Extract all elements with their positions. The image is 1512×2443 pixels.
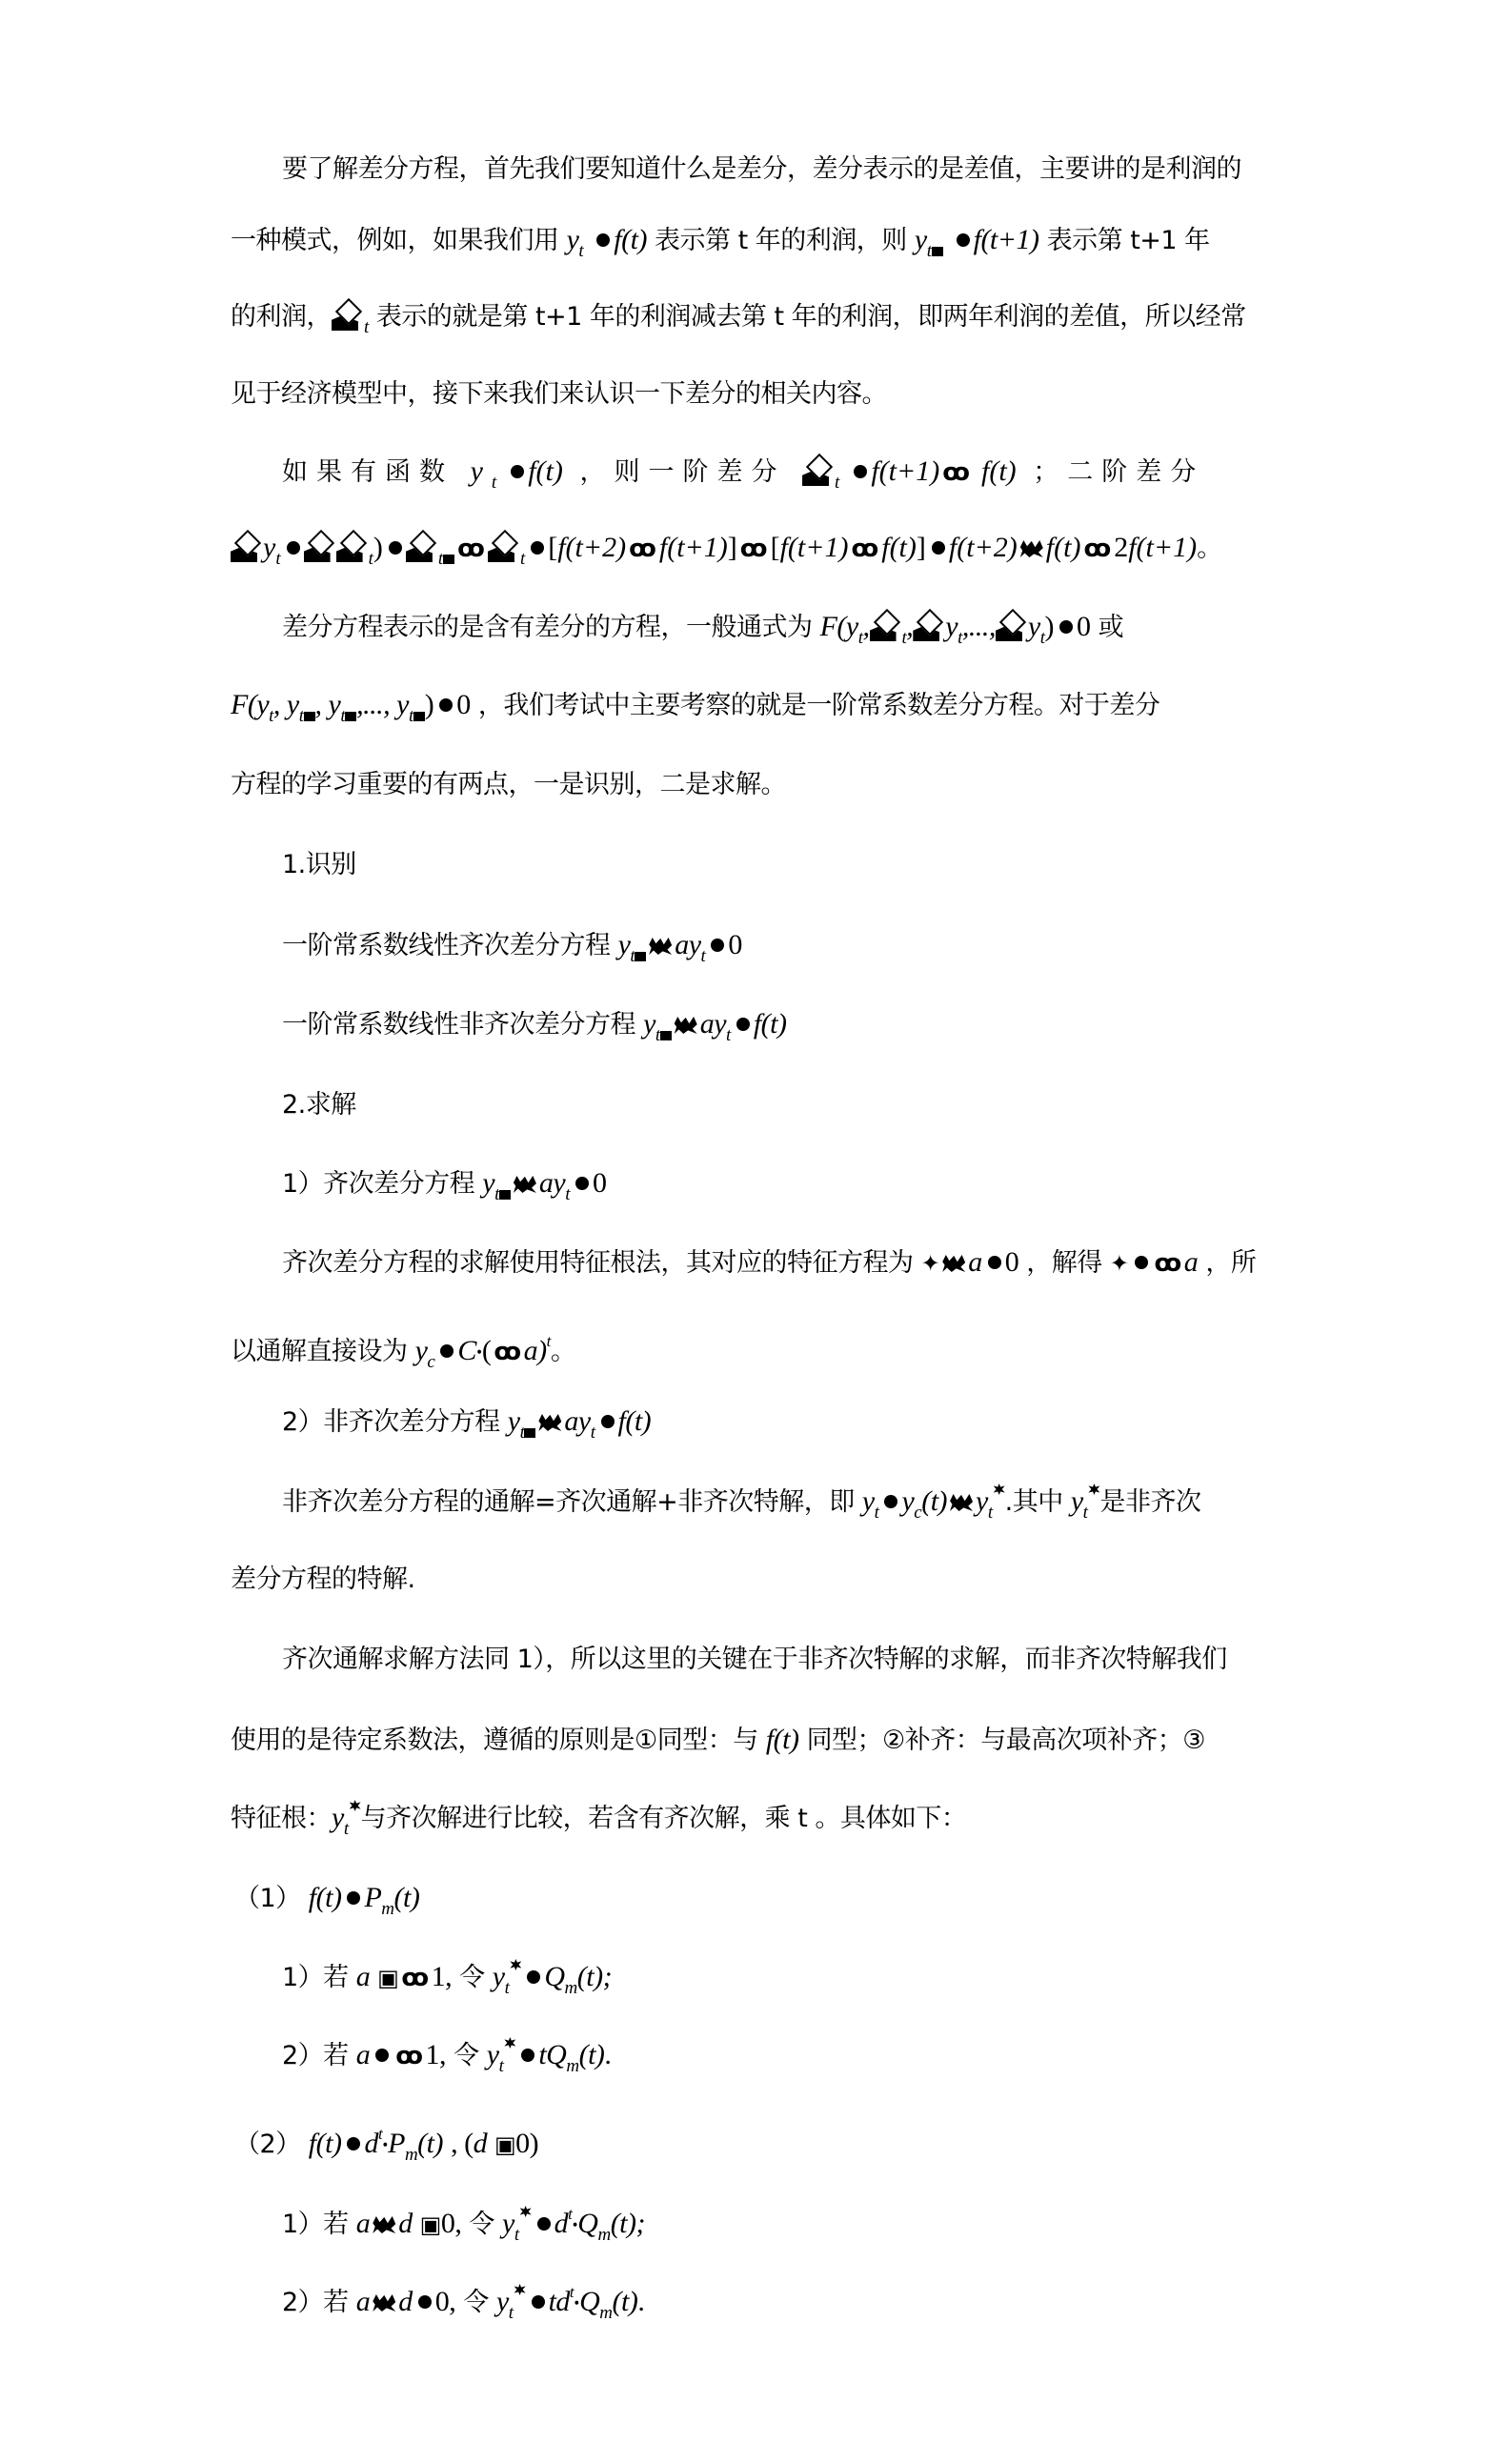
equals-glyph xyxy=(1135,1256,1148,1269)
text: 2）非齐次差分方程 xyxy=(282,1407,500,1437)
math-expr: f(t+1) xyxy=(871,455,939,487)
delta-icon xyxy=(802,457,835,486)
star-glyph xyxy=(350,1800,361,1811)
heading-text: 2.求解 xyxy=(282,1090,356,1120)
plus-glyph xyxy=(373,2294,395,2312)
math-var: y xyxy=(915,224,927,255)
equals-glyph xyxy=(375,2049,389,2062)
case-2-sub-2: 2）若 ad0, 令 yttdt⸱Qm(t). xyxy=(282,2273,1340,2332)
equals-glyph xyxy=(389,541,402,555)
equals-glyph xyxy=(531,541,544,555)
equals-glyph xyxy=(537,2217,551,2231)
star-glyph xyxy=(994,1484,1005,1495)
heading-text: 1.识别 xyxy=(282,850,356,879)
paragraph-3-line-1: 差分方程表示的是含有差分的方程，一般通式为 F(yt,t,yt,...,yt)0… xyxy=(282,608,1340,657)
plus-glyph xyxy=(514,1176,536,1193)
equals-glyph xyxy=(287,541,300,555)
math-sub: t xyxy=(364,317,369,337)
text: 令 xyxy=(454,2041,479,2070)
text: 非齐次差分方程的通解=齐次通解+非齐次特解，即 xyxy=(282,1487,855,1517)
math-expr: 0 xyxy=(593,1167,607,1199)
math-expr: f(t+1) xyxy=(1128,532,1197,563)
math-expr: f(t) xyxy=(766,1724,799,1755)
math-expr: f(t) xyxy=(754,1008,787,1040)
plus-glyph xyxy=(373,2216,395,2233)
text: 齐次通解求解方法同 1），所以这里的关键在于非齐次特解的求解，而非齐次特解我们 xyxy=(282,1645,1227,1674)
text: 的利润， xyxy=(231,302,332,332)
case-1-sub-2: 2）若 aꝏ1, 令 yttQm(t). xyxy=(282,2036,1340,2086)
text: 。 xyxy=(1197,534,1222,563)
text: 与齐次解进行比较，若含有齐次解，乘 t 。具体如下： xyxy=(361,1804,967,1833)
plus-glyph xyxy=(1020,540,1043,557)
text: 1）若 xyxy=(282,1963,349,1992)
equals-glyph xyxy=(884,1495,897,1508)
not-equal-glyph: ▣ xyxy=(370,1965,398,1991)
text: 同型；②补齐：与最高次项补齐；③ xyxy=(807,1726,1205,1755)
math-sub: t xyxy=(492,473,505,493)
star-glyph xyxy=(1088,1484,1099,1495)
equals-glyph xyxy=(596,233,610,247)
equals-glyph xyxy=(440,1344,454,1358)
delta-icon xyxy=(870,613,902,641)
section-2-sub-1-label: 1）齐次差分方程 ytayt0 xyxy=(282,1164,1340,1214)
text: 表示的就是第 t+1 年的利润减去第 t 年的利润，即两年利润的差值，所以经常 xyxy=(376,302,1246,332)
delta-icon xyxy=(304,534,336,562)
text: 差分方程的特解. xyxy=(231,1565,415,1594)
equals-glyph xyxy=(711,939,724,952)
math-expr: f(t) xyxy=(1046,532,1081,563)
text: 差分方程表示的是含有差分的方程，一般通式为 xyxy=(282,613,813,642)
text: 2）若 xyxy=(282,2288,349,2317)
math-expr: f(t+1) xyxy=(974,224,1039,255)
case-label: （2） xyxy=(234,2130,301,2159)
equals-glyph xyxy=(575,1177,589,1190)
equals-glyph xyxy=(347,2137,360,2150)
delta-icon xyxy=(488,534,520,562)
plus-glyph xyxy=(942,1255,965,1272)
math-sub: t xyxy=(835,473,848,493)
text: 。 xyxy=(551,1337,576,1366)
text: 要了解差分方程，首先我们要知道什么是差分，差分表示的是差值，主要讲的是利润的 xyxy=(282,154,1241,184)
minus-glyph: ꝏ xyxy=(457,535,485,563)
text: 见于经济模型中，接下来我们来认识一下差分的相关内容。 xyxy=(231,379,887,409)
math-expr: f(t+1) xyxy=(780,532,849,563)
not-equal-glyph: ▣ xyxy=(487,2131,515,2158)
equals-glyph xyxy=(527,1970,540,1984)
lambda-glyph: ✦ xyxy=(1110,1250,1129,1277)
equals-glyph xyxy=(439,698,453,712)
math-expr: f(t) xyxy=(981,455,1017,487)
section-1-item-2: 一阶常系数线性非齐次差分方程 ytaytf(t) xyxy=(282,1005,1340,1055)
math-expr: 0 xyxy=(728,929,742,960)
equals-glyph xyxy=(601,1415,615,1428)
delta-icon xyxy=(913,613,945,641)
text: 令 xyxy=(469,2210,494,2239)
equals-glyph xyxy=(418,2295,432,2309)
math-sub: t xyxy=(578,241,583,261)
not-equal-glyph: ▣ xyxy=(413,2211,441,2238)
math-var: y xyxy=(567,224,579,255)
text: 一阶常系数线性非齐次差分方程 xyxy=(282,1010,635,1040)
star-glyph xyxy=(504,2037,515,2049)
delta-icon xyxy=(996,613,1028,641)
plus-one-glyph xyxy=(932,247,943,256)
text: 以通解直接设为 xyxy=(231,1337,408,1366)
method-line-2: 使用的是待定系数法，遵循的原则是①同型：与 f(t) 同型；②补齐：与最高次项补… xyxy=(231,1721,1288,1760)
text: .其中 xyxy=(1005,1487,1063,1517)
star-glyph xyxy=(514,2284,526,2295)
math-expr: f(t) xyxy=(881,532,917,563)
equals-glyph xyxy=(511,465,524,478)
section-1-heading: 1.识别 xyxy=(282,846,1340,884)
text: 或 xyxy=(1099,613,1124,642)
plus-glyph xyxy=(538,1414,561,1431)
text: 一阶常系数线性齐次差分方程 xyxy=(282,931,611,960)
paragraph-1-line-2: 一种模式，例如，如果我们用 yt f(t) 表示第 t 年的利润，则 yt f(… xyxy=(231,221,1288,271)
text: 齐次差分方程的求解使用特征根法，其对应的特征方程为 xyxy=(282,1248,914,1278)
section-2-sub-1-desc-1: 齐次差分方程的求解使用特征根法，其对应的特征方程为 ✦a0 ，解得 ✦ꝏa ，所 xyxy=(282,1243,1340,1282)
method-line-1: 齐次通解求解方法同 1），所以这里的关键在于非齐次特解的求解，而非齐次特解我们 xyxy=(282,1641,1340,1679)
document-page: 要了解差分方程，首先我们要知道什么是差分，差分表示的是差值，主要讲的是利润的 一… xyxy=(0,0,1512,2443)
delta-icon xyxy=(332,302,364,331)
math-expr: f(t) xyxy=(618,1405,652,1437)
text: 1）若 xyxy=(282,2210,349,2239)
text: 使用的是待定系数法，遵循的原则是①同型：与 xyxy=(231,1726,758,1755)
lambda-glyph: ✦ xyxy=(921,1250,940,1277)
equals-glyph xyxy=(932,541,945,555)
case-1-sub-1: 1）若 a ▣ꝏ1, 令 ytQm(t); xyxy=(282,1958,1340,2008)
paragraph-1-line-1: 要了解差分方程，首先我们要知道什么是差分，差分表示的是差值，主要讲的是利润的 xyxy=(282,151,1340,189)
text: ，所 xyxy=(1205,1248,1256,1278)
plus-glyph xyxy=(649,938,672,955)
text: 特征根： xyxy=(231,1804,332,1833)
paragraph-2-line-1: 如果有函数 ytf(t) ，则一阶差分 tf(t+1)ꝏf(t) ；二阶差分 xyxy=(282,453,1340,502)
text: 是非齐次 xyxy=(1099,1487,1200,1517)
math-expr: 2 xyxy=(1114,532,1128,563)
math-expr: f(t) xyxy=(528,455,563,487)
delta-icon xyxy=(336,534,369,562)
plus-glyph xyxy=(950,1494,973,1511)
paragraph-1-line-4: 见于经济模型中，接下来我们来认识一下差分的相关内容。 xyxy=(231,375,1288,414)
text: ，则一阶差分 xyxy=(579,457,785,487)
section-2-sub-2-desc-1: 非齐次差分方程的通解=齐次通解+非齐次特解，即 ytyc(t)yt.其中 yt是… xyxy=(282,1483,1340,1532)
section-1-item-1: 一阶常系数线性齐次差分方程 ytayt0 xyxy=(282,926,1340,976)
paragraph-1-line-3: 的利润，t 表示的就是第 t+1 年的利润减去第 t 年的利润，即两年利润的差值… xyxy=(231,298,1288,347)
minus-glyph: ꝏ xyxy=(942,458,978,487)
text: 表示第 t 年的利润，则 xyxy=(655,226,907,255)
paragraph-2-line-2: ytt)tꝏt[f(t+2)ꝏf(t+1)]ꝏ[f(t+1)ꝏf(t)]f(t+… xyxy=(231,529,1288,578)
text: ，解得 xyxy=(1026,1248,1102,1278)
text: 令 xyxy=(463,2288,489,2317)
text: ；二阶差分 xyxy=(1033,457,1204,487)
math-expr: f(t+2) xyxy=(557,532,626,563)
math-var: y xyxy=(471,455,492,487)
text: 令 xyxy=(459,1963,485,1992)
text: 方程的学习重要的有两点，一是识别，二是求解。 xyxy=(231,770,786,799)
text: 1）齐次差分方程 xyxy=(282,1169,474,1199)
plus-glyph xyxy=(675,1017,697,1034)
text: 如果有函数 xyxy=(282,457,454,487)
equals-glyph xyxy=(957,233,970,247)
section-2-sub-1-desc-2: 以通解直接设为 ycC⸱(ꝏa)t。 xyxy=(231,1322,1288,1382)
text: 2）若 xyxy=(282,2041,349,2070)
equals-glyph xyxy=(347,1891,360,1905)
delta-icon xyxy=(231,534,263,562)
delta-icon xyxy=(406,534,438,562)
case-2-sub-1: 1）若 ad ▣0, 令 ytdt⸱Qm(t); xyxy=(282,2195,1340,2254)
text: 表示第 t+1 年 xyxy=(1047,226,1210,255)
section-2-heading: 2.求解 xyxy=(282,1086,1340,1124)
section-2-sub-2-label: 2）非齐次差分方程 ytaytf(t) xyxy=(282,1403,1340,1452)
text: ，我们考试中主要考察的就是一阶常系数差分方程。对于差分 xyxy=(478,691,1160,720)
case-2-heading: （2） f(t)dt⸱Pm(t) , (d ▣0) xyxy=(234,2115,1292,2174)
text: 一种模式，例如，如果我们用 xyxy=(231,226,559,255)
equals-glyph xyxy=(532,2295,545,2309)
equals-glyph xyxy=(988,1256,1001,1269)
section-2-sub-2-desc-2: 差分方程的特解. xyxy=(231,1561,1288,1599)
math-expr: f(t) xyxy=(614,224,647,255)
equals-glyph xyxy=(1059,620,1073,634)
equals-glyph xyxy=(521,2049,534,2062)
case-1-heading: （1） f(t)Pm(t) xyxy=(234,1879,1292,1928)
star-glyph xyxy=(510,1959,521,1970)
equals-glyph xyxy=(854,465,867,478)
math-expr: f(t+2) xyxy=(949,532,1018,563)
star-glyph xyxy=(520,2206,532,2217)
paragraph-3-line-2: F(yt, yt, yt,..., yt)0 ，我们考试中主要考察的就是一阶常系… xyxy=(231,686,1288,736)
math-expr: f(t+1) xyxy=(659,532,728,563)
equals-glyph xyxy=(736,1018,750,1031)
paragraph-3-line-3: 方程的学习重要的有两点，一是识别，二是求解。 xyxy=(231,766,1288,804)
case-label: （1） xyxy=(234,1884,301,1913)
method-line-3: 特征根：yt与齐次解进行比较，若含有齐次解，乘 t 。具体如下： xyxy=(231,1799,1288,1848)
